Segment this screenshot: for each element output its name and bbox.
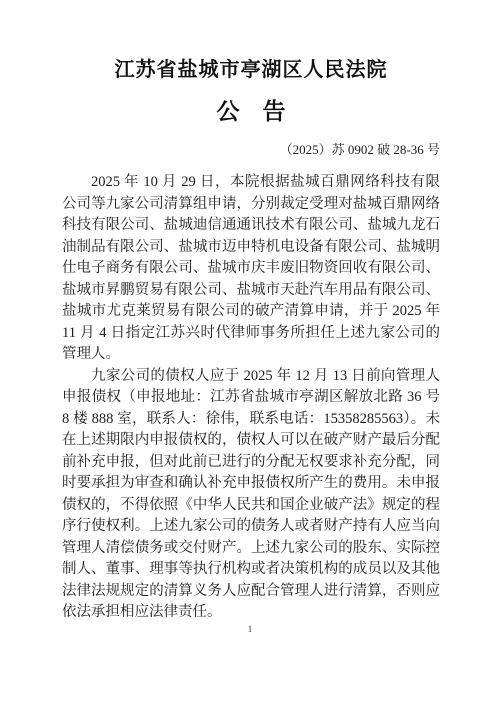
notice-body: 2025 年 10 月 29 日，本院根据盐城百鼎网络科技有限公司等九家公司清算… [62, 172, 440, 624]
body-paragraph-claims: 九家公司的债权人应于 2025 年 12 月 13 日前向管理人申报债权（申报地… [62, 366, 440, 624]
case-number: （2025）苏 0902 破 28-36 号 [62, 141, 440, 159]
document-page: 江苏省盐城市亭湖区人民法院 公 告 （2025）苏 0902 破 28-36 号… [0, 0, 500, 707]
page-number: 1 [0, 624, 500, 634]
notice-title: 公 告 [62, 97, 440, 127]
body-paragraph-ruling: 2025 年 10 月 29 日，本院根据盐城百鼎网络科技有限公司等九家公司清算… [62, 172, 440, 366]
court-name-heading: 江苏省盐城市亭湖区人民法院 [62, 56, 440, 84]
